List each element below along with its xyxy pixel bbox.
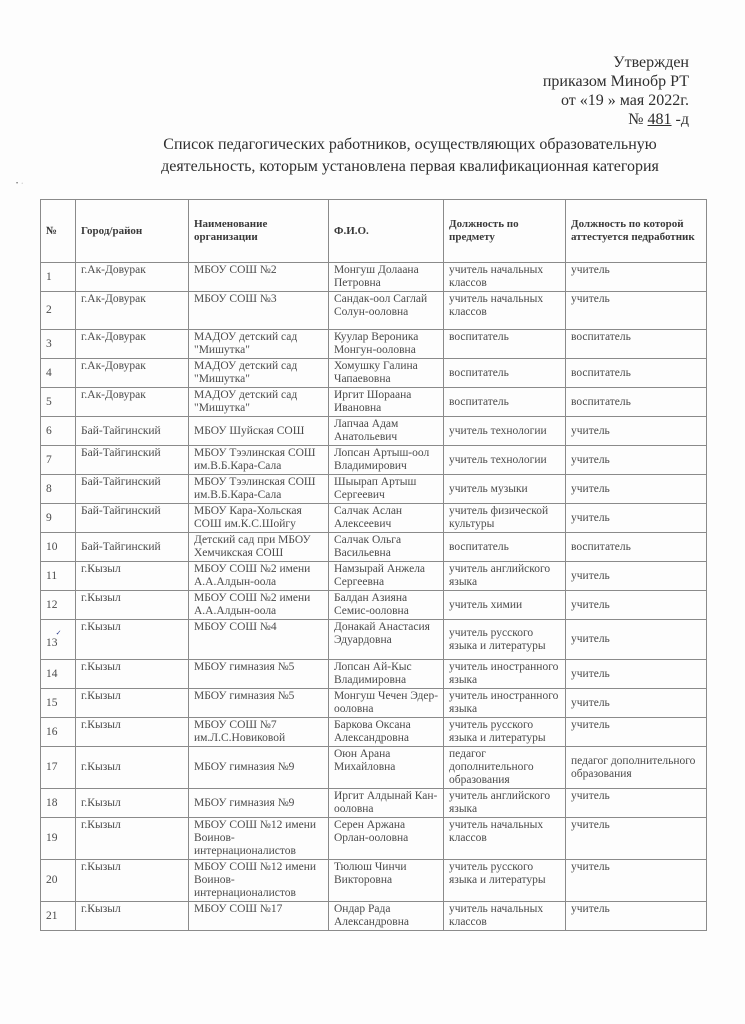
table-row: 15г.КызылМБОУ гимназия №5Монгуш Чечен Эд… bbox=[41, 689, 707, 718]
full-name: Монгуш Чечен Эдер-ооловна bbox=[329, 689, 444, 718]
subject-position: учитель начальных классов bbox=[444, 818, 566, 860]
table-row: 20г.КызылМБОУ СОШ №12 имени Воинов-интер… bbox=[41, 860, 707, 902]
order-number-prefix: № bbox=[628, 111, 647, 128]
table-row: 2г.Ак-ДовуракМБОУ СОШ №3Сандак-оол Сагла… bbox=[41, 292, 707, 330]
row-number: 7 bbox=[41, 446, 76, 475]
organization: МБОУ СОШ №3 bbox=[189, 292, 329, 330]
organization: МБОУ Кара-Хольская СОШ им.К.С.Шойгу bbox=[189, 504, 329, 533]
row-number: 17 bbox=[41, 747, 76, 789]
header-city: Город/район bbox=[76, 200, 189, 263]
subject-position: учитель английского языка bbox=[444, 789, 566, 818]
full-name: Баркова Оксана Александровна bbox=[329, 718, 444, 747]
row-number: 14 bbox=[41, 660, 76, 689]
full-name: Иргит Алдынай Кан-ооловна bbox=[329, 789, 444, 818]
city: г.Кызыл bbox=[76, 718, 189, 747]
row-number: 10 bbox=[41, 533, 76, 562]
full-name: Тюлюш Чинчи Викторовна bbox=[329, 860, 444, 902]
city: г.Кызыл bbox=[76, 902, 189, 931]
subject-position: учитель химии bbox=[444, 591, 566, 620]
order-number-suffix: -д bbox=[672, 111, 689, 128]
attested-position: учитель bbox=[566, 504, 707, 533]
subject-position: педагог дополнительного образования bbox=[444, 747, 566, 789]
row-number: 21 bbox=[41, 902, 76, 931]
subject-position: воспитатель bbox=[444, 330, 566, 359]
table-row: 16г.КызылМБОУ СОШ №7 им.Л.С.НовиковойБар… bbox=[41, 718, 707, 747]
subject-position: учитель русского языка и литературы bbox=[444, 860, 566, 902]
organization: МАДОУ детский сад "Мишутка" bbox=[189, 359, 329, 388]
city: г.Кызыл bbox=[76, 818, 189, 860]
attested-position: учитель bbox=[566, 660, 707, 689]
city: г.Кызыл bbox=[76, 591, 189, 620]
table-row: 5г.Ак-ДовуракМАДОУ детский сад "Мишутка"… bbox=[41, 388, 707, 417]
organization: МБОУ СОШ №12 имени Воинов-интернационали… bbox=[189, 860, 329, 902]
document-title: Список педагогических работников, осущес… bbox=[100, 134, 720, 178]
table-row: 21г.КызылМБОУ СОШ №17Ондар Рада Александ… bbox=[41, 902, 707, 931]
subject-position: учитель физической культуры bbox=[444, 504, 566, 533]
attested-position: учитель bbox=[566, 718, 707, 747]
row-number: 12 bbox=[41, 591, 76, 620]
city: Бай-Тайгинский bbox=[76, 417, 189, 446]
row-number: 19 bbox=[41, 818, 76, 860]
header-attested-position: Должность по которой аттестуется педрабо… bbox=[566, 200, 707, 263]
title-line-1: Список педагогических работников, осущес… bbox=[100, 134, 720, 156]
scan-artifact: • · bbox=[16, 181, 23, 187]
city: г.Кызыл bbox=[76, 860, 189, 902]
organization: МБОУ СОШ №2 имени А.А.Алдын-оола bbox=[189, 562, 329, 591]
row-number: 1 bbox=[41, 263, 76, 292]
organization: МАДОУ детский сад "Мишутка" bbox=[189, 388, 329, 417]
subject-position: учитель русского языка и литературы bbox=[444, 718, 566, 747]
organization: МБОУ СОШ №4 bbox=[189, 620, 329, 660]
row-number: 18 bbox=[41, 789, 76, 818]
table-row: 6Бай-ТайгинскийМБОУ Шуйская СОШЛапчаа Ад… bbox=[41, 417, 707, 446]
row-number: 2 bbox=[41, 292, 76, 330]
city: г.Кызыл bbox=[76, 689, 189, 718]
attested-position: учитель bbox=[566, 689, 707, 718]
row-number: 3 bbox=[41, 330, 76, 359]
table-row: 11г.КызылМБОУ СОШ №2 имени А.А.Алдын-оол… bbox=[41, 562, 707, 591]
row-number-text: 13 bbox=[46, 637, 58, 649]
attested-position: учитель bbox=[566, 591, 707, 620]
subject-position: воспитатель bbox=[444, 533, 566, 562]
table-row: 17г.КызылМБОУ гимназия №9Оюн Арана Михай… bbox=[41, 747, 707, 789]
full-name: Салчак Аслан Алексеевич bbox=[329, 504, 444, 533]
subject-position: учитель русского языка и литературы bbox=[444, 620, 566, 660]
header-full-name: Ф.И.О. bbox=[329, 200, 444, 263]
title-line-2: деятельность, которым установлена первая… bbox=[100, 156, 720, 178]
attested-position: учитель bbox=[566, 475, 707, 504]
header-subject-position: Должность по предмету bbox=[444, 200, 566, 263]
row-number: 20 bbox=[41, 860, 76, 902]
attested-position: учитель bbox=[566, 902, 707, 931]
organization: МБОУ гимназия №5 bbox=[189, 660, 329, 689]
subject-position: учитель технологии bbox=[444, 446, 566, 475]
attested-position: учитель bbox=[566, 417, 707, 446]
organization: МБОУ Тээлинская СОШ им.В.Б.Кара-Сала bbox=[189, 446, 329, 475]
attested-position: учитель bbox=[566, 292, 707, 330]
attested-position: учитель bbox=[566, 789, 707, 818]
organization: МБОУ СОШ №7 им.Л.С.Новиковой bbox=[189, 718, 329, 747]
organization: МБОУ гимназия №5 bbox=[189, 689, 329, 718]
city: г.Ак-Довурак bbox=[76, 330, 189, 359]
city: г.Ак-Довурак bbox=[76, 388, 189, 417]
city: г.Кызыл bbox=[76, 620, 189, 660]
row-number: ✓13 bbox=[41, 620, 76, 660]
row-number: 15 bbox=[41, 689, 76, 718]
full-name: Хомушку Галина Чапаевовна bbox=[329, 359, 444, 388]
row-number: 16 bbox=[41, 718, 76, 747]
row-number: 8 bbox=[41, 475, 76, 504]
row-number: 5 bbox=[41, 388, 76, 417]
header-organization: Наименование организации bbox=[189, 200, 329, 263]
attested-position: воспитатель bbox=[566, 359, 707, 388]
table-row: 8Бай-ТайгинскийМБОУ Тээлинская СОШ им.В.… bbox=[41, 475, 707, 504]
full-name: Намзырай Анжела Сергеевна bbox=[329, 562, 444, 591]
organization: МБОУ СОШ №2 имени А.А.Алдын-оола bbox=[189, 591, 329, 620]
attested-position: педагог дополнительного образования bbox=[566, 747, 707, 789]
table-row: 14г.КызылМБОУ гимназия №5Лопсан Ай-Кыс В… bbox=[41, 660, 707, 689]
table-row: 4г.Ак-ДовуракМАДОУ детский сад "Мишутка"… bbox=[41, 359, 707, 388]
table-row: 10Бай-ТайгинскийДетский сад при МБОУ Хем… bbox=[41, 533, 707, 562]
city: Бай-Тайгинский bbox=[76, 504, 189, 533]
full-name: Монгуш Долаана Петровна bbox=[329, 263, 444, 292]
subject-position: учитель начальных классов bbox=[444, 902, 566, 931]
attested-position: учитель bbox=[566, 562, 707, 591]
approval-line-approved: Утвержден bbox=[543, 53, 689, 72]
full-name: Донакай Анастасия Эдуардовна bbox=[329, 620, 444, 660]
row-number: 9 bbox=[41, 504, 76, 533]
order-number: 481 bbox=[648, 111, 672, 128]
table-row: 1г.Ак-ДовуракМБОУ СОШ №2Монгуш Долаана П… bbox=[41, 263, 707, 292]
city: г.Ак-Довурак bbox=[76, 359, 189, 388]
table-row: 7Бай-ТайгинскийМБОУ Тээлинская СОШ им.В.… bbox=[41, 446, 707, 475]
subject-position: воспитатель bbox=[444, 388, 566, 417]
organization: МБОУ Шуйская СОШ bbox=[189, 417, 329, 446]
full-name: Салчак Ольга Васильевна bbox=[329, 533, 444, 562]
approval-line-order: приказом Минобр РТ bbox=[543, 72, 689, 91]
attested-position: учитель bbox=[566, 860, 707, 902]
city: Бай-Тайгинский bbox=[76, 475, 189, 504]
city: г.Ак-Довурак bbox=[76, 263, 189, 292]
full-name: Шыырап Артыш Сергеевич bbox=[329, 475, 444, 504]
teachers-table: №Город/районНаименование организацииФ.И.… bbox=[40, 199, 707, 931]
subject-position: воспитатель bbox=[444, 359, 566, 388]
table-row: 12г.КызылМБОУ СОШ №2 имени А.А.Алдын-оол… bbox=[41, 591, 707, 620]
attested-position: учитель bbox=[566, 446, 707, 475]
row-number: 4 bbox=[41, 359, 76, 388]
attested-position: воспитатель bbox=[566, 533, 707, 562]
full-name: Лопсан Артыш-оол Владимирович bbox=[329, 446, 444, 475]
organization: МБОУ Тээлинская СОШ им.В.Б.Кара-Сала bbox=[189, 475, 329, 504]
city: Бай-Тайгинский bbox=[76, 446, 189, 475]
full-name: Лапчаа Адам Анатольевич bbox=[329, 417, 444, 446]
table-row: ✓13г.КызылМБОУ СОШ №4Донакай Анастасия Э… bbox=[41, 620, 707, 660]
organization: МБОУ гимназия №9 bbox=[189, 789, 329, 818]
table-row: 9Бай-ТайгинскийМБОУ Кара-Хольская СОШ им… bbox=[41, 504, 707, 533]
approval-block: Утвержден приказом Минобр РТ от «19 » ма… bbox=[543, 53, 689, 129]
subject-position: учитель начальных классов bbox=[444, 292, 566, 330]
subject-position: учитель начальных классов bbox=[444, 263, 566, 292]
table-row: 3г.Ак-ДовуракМАДОУ детский сад "Мишутка"… bbox=[41, 330, 707, 359]
full-name: Серен Аржана Орлан-ооловна bbox=[329, 818, 444, 860]
header-number: № bbox=[41, 200, 76, 263]
table-row: 18г.КызылМБОУ гимназия №9Иргит Алдынай К… bbox=[41, 789, 707, 818]
city: г.Кызыл bbox=[76, 562, 189, 591]
subject-position: учитель английского языка bbox=[444, 562, 566, 591]
subject-position: учитель музыки bbox=[444, 475, 566, 504]
full-name: Сандак-оол Саглай Солун-ооловна bbox=[329, 292, 444, 330]
row-number: 6 bbox=[41, 417, 76, 446]
organization: МБОУ гимназия №9 bbox=[189, 747, 329, 789]
organization: МБОУ СОШ №2 bbox=[189, 263, 329, 292]
attested-position: учитель bbox=[566, 263, 707, 292]
attested-position: воспитатель bbox=[566, 330, 707, 359]
city: Бай-Тайгинский bbox=[76, 533, 189, 562]
city: г.Ак-Довурак bbox=[76, 292, 189, 330]
organization: МАДОУ детский сад "Мишутка" bbox=[189, 330, 329, 359]
full-name: Лопсан Ай-Кыс Владимировна bbox=[329, 660, 444, 689]
row-number: 11 bbox=[41, 562, 76, 591]
attested-position: учитель bbox=[566, 620, 707, 660]
full-name: Балдан Азияна Семис-ооловна bbox=[329, 591, 444, 620]
table-row: 19г.КызылМБОУ СОШ №12 имени Воинов-интер… bbox=[41, 818, 707, 860]
city: г.Кызыл bbox=[76, 660, 189, 689]
approval-line-number: № 481 -д bbox=[543, 110, 689, 129]
organization: Детский сад при МБОУ Хемчикская СОШ bbox=[189, 533, 329, 562]
subject-position: учитель технологии bbox=[444, 417, 566, 446]
organization: МБОУ СОШ №12 имени Воинов-интернационали… bbox=[189, 818, 329, 860]
subject-position: учитель иностранного языка bbox=[444, 660, 566, 689]
attested-position: учитель bbox=[566, 818, 707, 860]
full-name: Куулар Вероника Монгун-ооловна bbox=[329, 330, 444, 359]
approval-line-date: от «19 » мая 2022г. bbox=[543, 91, 689, 110]
organization: МБОУ СОШ №17 bbox=[189, 902, 329, 931]
full-name: Иргит Шораана Ивановна bbox=[329, 388, 444, 417]
handwritten-mark: ✓ bbox=[46, 630, 71, 637]
city: г.Кызыл bbox=[76, 789, 189, 818]
full-name: Ондар Рада Александровна bbox=[329, 902, 444, 931]
full-name: Оюн Арана Михайловна bbox=[329, 747, 444, 789]
attested-position: воспитатель bbox=[566, 388, 707, 417]
subject-position: учитель иностранного языка bbox=[444, 689, 566, 718]
table-header-row: №Город/районНаименование организацииФ.И.… bbox=[41, 200, 707, 263]
city: г.Кызыл bbox=[76, 747, 189, 789]
